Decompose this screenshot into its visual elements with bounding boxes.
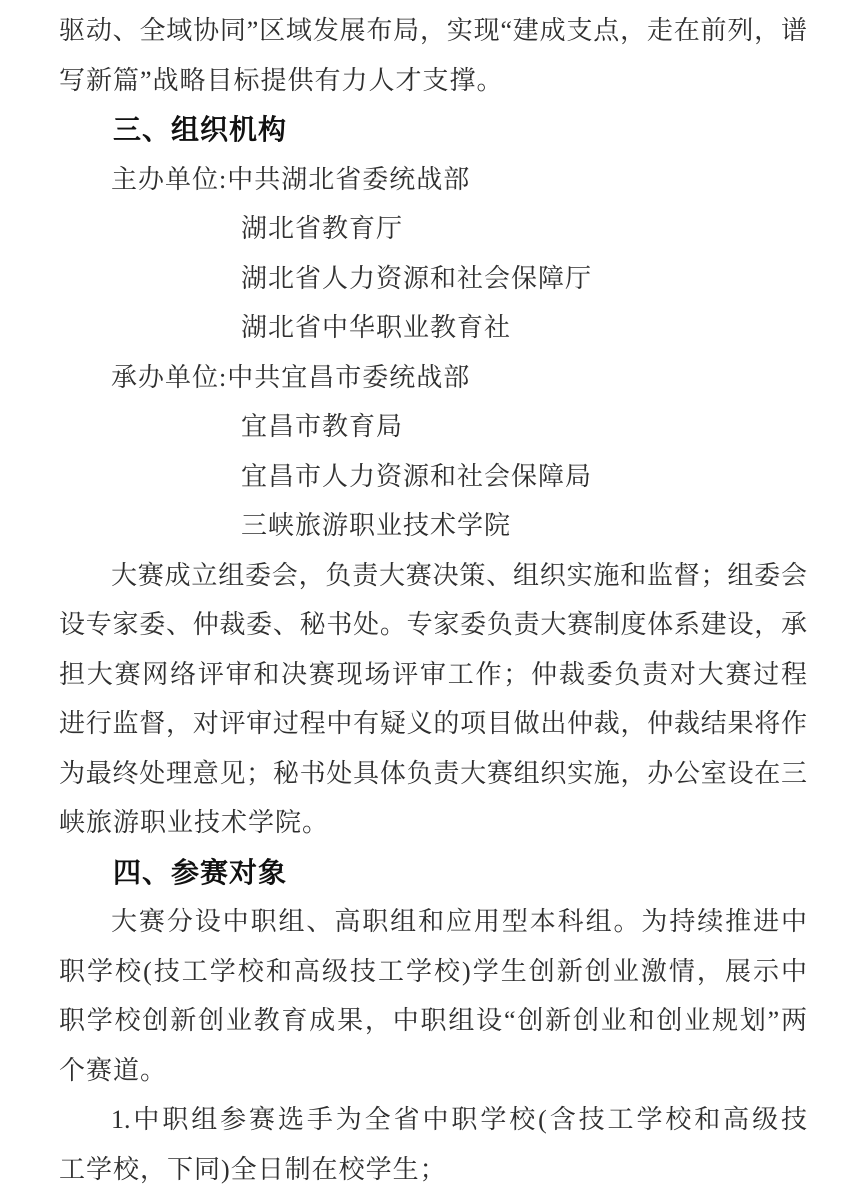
participants-paragraph-line: 大赛分设中职组、高职组和应用型本科组。为持续推进中 bbox=[59, 897, 807, 947]
committee-paragraph-line: 峡旅游职业技术学院。 bbox=[59, 798, 807, 848]
participants-paragraph-line: 职学校创新创业教育成果，中职组设“创新创业和创业规划”两 bbox=[59, 996, 807, 1046]
committee-paragraph-line: 设专家委、仲裁委、秘书处。专家委负责大赛制度体系建设，承 bbox=[59, 600, 807, 650]
host-unit: 中共湖北省委统战部 bbox=[227, 165, 470, 194]
organizer-units-label: 承办单位: bbox=[111, 363, 227, 392]
continuation-paragraph-line: 写新篇”战略目标提供有力人才支撑。 bbox=[59, 56, 807, 106]
organizer-unit: 宜昌市人力资源和社会保障局 bbox=[59, 452, 807, 502]
continuation-paragraph-line: 驱动、全域协同”区域发展布局，实现“建成支点，走在前列，谱 bbox=[59, 6, 807, 56]
participants-item-line: 工学校，下同)全日制在校学生； bbox=[59, 1145, 807, 1195]
organizer-units-first-line: 承办单位:中共宜昌市委统战部 bbox=[59, 353, 807, 403]
committee-paragraph-line: 担大赛网络评审和决赛现场评审工作；仲裁委负责对大赛过程 bbox=[59, 650, 807, 700]
participants-paragraph-line: 个赛道。 bbox=[59, 1046, 807, 1096]
host-unit: 湖北省人力资源和社会保障厅 bbox=[59, 254, 807, 304]
section-4-heading: 四、参赛对象 bbox=[59, 848, 807, 898]
host-unit: 湖北省中华职业教育社 bbox=[59, 303, 807, 353]
document-text-block: 驱动、全域协同”区域发展布局，实现“建成支点，走在前列，谱 写新篇”战略目标提供… bbox=[59, 6, 807, 1194]
host-units-first-line: 主办单位:中共湖北省委统战部 bbox=[59, 155, 807, 205]
participants-paragraph-line: 职学校(技工学校和高级技工学校)学生创新创业激情，展示中 bbox=[59, 947, 807, 997]
host-units-label: 主办单位: bbox=[111, 165, 227, 194]
participants-item-line: 1.中职组参赛选手为全省中职学校(含技工学校和高级技 bbox=[59, 1095, 807, 1145]
section-3-heading: 三、组织机构 bbox=[59, 105, 807, 155]
organizer-unit: 中共宜昌市委统战部 bbox=[227, 363, 470, 392]
committee-paragraph-line: 大赛成立组委会，负责大赛决策、组织实施和监督；组委会 bbox=[59, 551, 807, 601]
document-page: 驱动、全域协同”区域发展布局，实现“建成支点，走在前列，谱 写新篇”战略目标提供… bbox=[0, 0, 855, 1200]
organizer-unit: 三峡旅游职业技术学院 bbox=[59, 501, 807, 551]
organizer-unit: 宜昌市教育局 bbox=[59, 402, 807, 452]
host-unit: 湖北省教育厅 bbox=[59, 204, 807, 254]
committee-paragraph-line: 为最终处理意见；秘书处具体负责大赛组织实施，办公室设在三 bbox=[59, 749, 807, 799]
committee-paragraph-line: 进行监督，对评审过程中有疑义的项目做出仲裁，仲裁结果将作 bbox=[59, 699, 807, 749]
